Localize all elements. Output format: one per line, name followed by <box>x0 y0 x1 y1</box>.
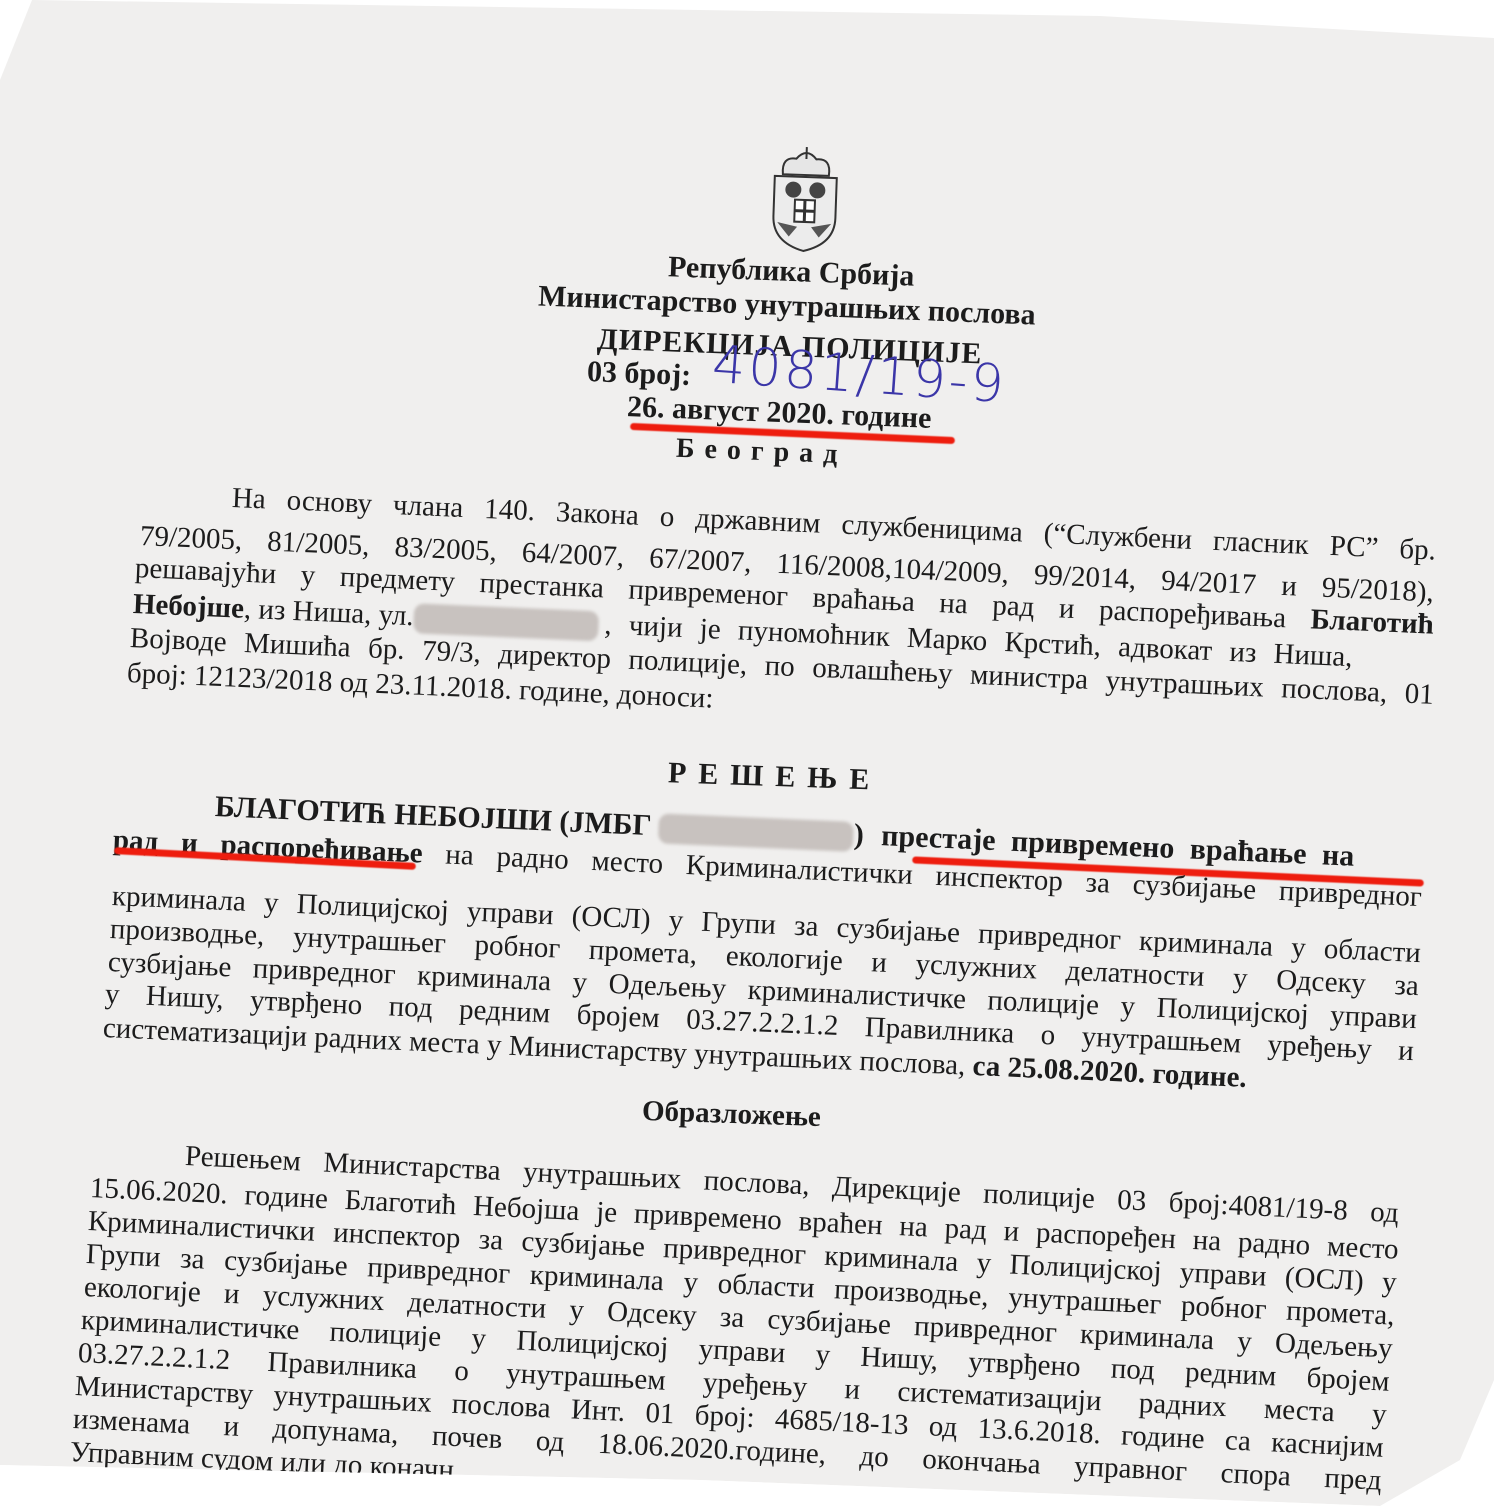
header-number-label: 03 број: <box>586 355 691 393</box>
header-city: Београд <box>675 433 847 472</box>
decision-title: РЕШЕЊЕ <box>667 756 881 797</box>
serbian-coat-of-arms-icon <box>758 143 852 256</box>
document-sheet: Република Србија Министарство унутрашњих… <box>0 0 1494 1506</box>
redacted-jmbg <box>658 814 854 852</box>
reasoning-title: Образложење <box>641 1095 821 1134</box>
